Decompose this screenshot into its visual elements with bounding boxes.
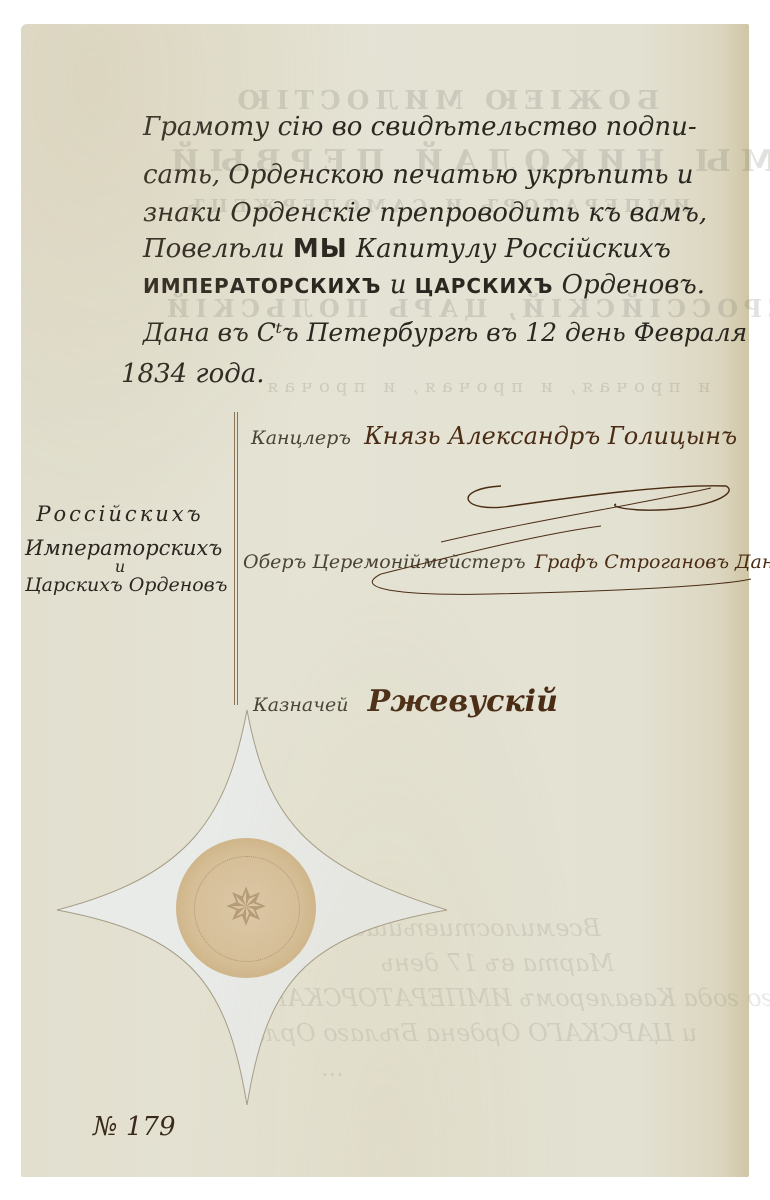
body-line: Повелѣли МЫ Капитулу Россійскихъ [143, 234, 671, 264]
signature-flourish [441, 464, 761, 544]
body-text-imperial: ИМПЕРАТОРСКИХЪ [143, 274, 381, 298]
chapter-line: Царскихъ Орденовъ [25, 574, 215, 596]
body-text: Орденовъ. [553, 270, 705, 300]
signature-name: Графъ Строгановъ Данилова [535, 551, 770, 573]
chapter-block: Россійскихъ Императорскихъ и Царскихъ Ор… [25, 502, 215, 596]
date-year-line: 1834 года. [121, 359, 264, 389]
body-text: Капитулу Россійскихъ [348, 234, 671, 264]
vertical-rule [234, 412, 238, 705]
wax-seal: ✵ [176, 838, 316, 978]
body-line: Дана въ Сᵗъ Петербургѣ въ 12 день Феврал… [143, 318, 747, 347]
signature-title: Оберъ Церемоніймейстеръ [243, 551, 526, 573]
signature-row-master-of-ceremonies: Оберъ Церемоніймейстеръ Графъ Строгановъ… [243, 551, 770, 573]
body-line: знаки Орденскіе препроводить къ вамъ, [143, 198, 707, 228]
body-text-we: МЫ [293, 234, 348, 264]
signature-name: Князь Александръ Голицынъ [364, 422, 737, 450]
body-text: Повелѣли [143, 234, 293, 264]
body-text: и [381, 270, 414, 300]
body-line: ИМПЕРАТОРСКИХЪ и ЦАРСКИХЪ Орденовъ. [143, 270, 705, 300]
certificate-paper: БОЖІЕЮ МИЛОСТІЮ МЫ НИКОЛАЙ ПЕРВЫЙ ИМПЕРА… [21, 24, 749, 1177]
order-seal: ✵ [52, 705, 452, 1105]
chapter-line: и [25, 560, 215, 574]
signature-row-chancellor: Канцлеръ Князь Александръ Голицынъ [251, 422, 737, 450]
signature-title: Канцлеръ [251, 427, 351, 449]
document-number: № 179 [93, 1112, 176, 1142]
chapter-line: Россійскихъ [25, 502, 215, 526]
body-text-tsarist: ЦАРСКИХЪ [415, 274, 554, 298]
ghost-print-line: и прочая, и прочая, и прочая [261, 376, 710, 397]
order-star-emblem-icon: ✵ [216, 878, 276, 938]
body-line: Грамоту сію во свидѣтельство подпи- [143, 112, 697, 142]
body-line: сать, Орденскою печатью укрѣпить и [143, 160, 694, 190]
